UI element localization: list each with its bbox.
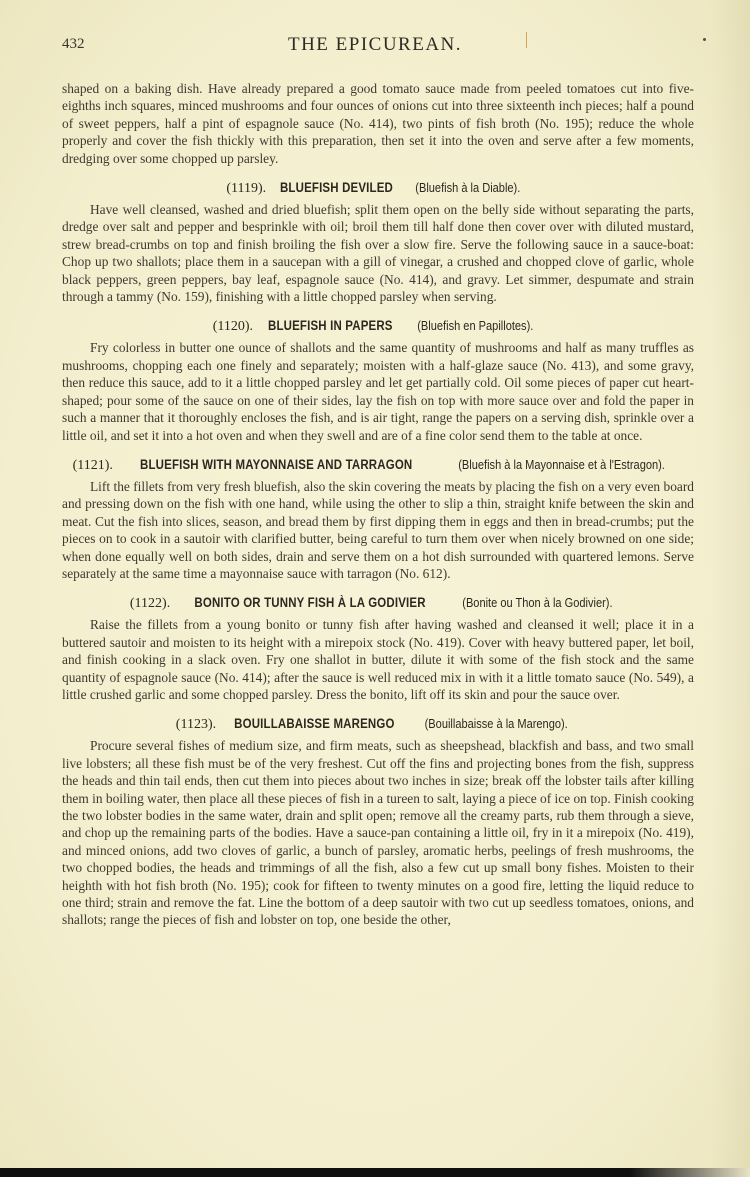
recipe-name: BLUEFISH DEVILED — [280, 179, 393, 197]
recipe-1120: (1120). BLUEFISH IN PAPERS (Bluefish en … — [62, 317, 694, 443]
recipe-1123: (1123). BOUILLABAISSE MARENGO (Bouillaba… — [62, 715, 694, 928]
recipe-heading: (1123). BOUILLABAISSE MARENGO (Bouillaba… — [62, 715, 694, 734]
recipe-1122: (1122). BONITO OR TUNNY FISH À LA GODIVI… — [62, 594, 694, 703]
recipe-number: (1120). — [213, 319, 253, 334]
scan-bottom-edge — [0, 1168, 750, 1177]
recipe-heading: (1121). BLUEFISH WITH MAYONNAISE AND TAR… — [62, 456, 694, 475]
recipe-number: (1119). — [226, 181, 266, 196]
recipe-text: Raise the fillets from a young bonito or… — [62, 616, 694, 703]
page-shading — [710, 0, 750, 1168]
recipe-french-name: (Bluefish à la Diable). — [415, 179, 520, 197]
recipe-french-name: (Bluefish en Papillotes). — [417, 317, 533, 335]
recipe-text: Have well cleansed, washed and dried blu… — [62, 201, 694, 305]
recipe-name: BLUEFISH WITH MAYONNAISE AND TARRAGON — [140, 456, 412, 474]
continuation-paragraph: shaped on a baking dish. Have already pr… — [62, 80, 694, 167]
scan-speck — [703, 38, 706, 41]
page-header: 432 THE EPICUREAN. — [60, 36, 690, 60]
recipe-french-name: (Bluefish à la Mayonnaise et à l'Estrago… — [459, 456, 666, 474]
recipe-name: BLUEFISH IN PAPERS — [268, 317, 393, 335]
recipe-text: Procure several fishes of medium size, a… — [62, 737, 694, 928]
running-title: THE EPICUREAN. — [60, 34, 690, 56]
recipe-1121: (1121). BLUEFISH WITH MAYONNAISE AND TAR… — [62, 456, 694, 582]
recipe-1119: (1119). BLUEFISH DEVILED (Bluefish à la … — [62, 179, 694, 305]
book-page: 432 THE EPICUREAN. shaped on a baking di… — [0, 0, 750, 1177]
recipe-text: Lift the fillets from very fresh bluefis… — [62, 478, 694, 582]
recipe-french-name: (Bouillabaisse à la Marengo). — [424, 715, 567, 733]
recipe-heading: (1122). BONITO OR TUNNY FISH À LA GODIVI… — [62, 594, 694, 613]
recipe-name: BOUILLABAISSE MARENGO — [234, 715, 394, 733]
recipe-number: (1122). — [130, 596, 170, 611]
recipe-number: (1123). — [176, 717, 216, 732]
scan-edge-fade — [630, 1168, 750, 1177]
recipe-heading: (1119). BLUEFISH DEVILED (Bluefish à la … — [62, 179, 694, 198]
recipe-number: (1121). — [73, 458, 113, 473]
recipe-heading: (1120). BLUEFISH IN PAPERS (Bluefish en … — [62, 317, 694, 336]
recipe-name: BONITO OR TUNNY FISH À LA GODIVIER — [194, 594, 425, 612]
scan-mark — [526, 32, 527, 48]
recipe-french-name: (Bonite ou Thon à la Godivier). — [463, 594, 613, 612]
recipe-text: Fry colorless in butter one ounce of sha… — [62, 339, 694, 443]
page-body: shaped on a baking dish. Have already pr… — [62, 80, 694, 929]
